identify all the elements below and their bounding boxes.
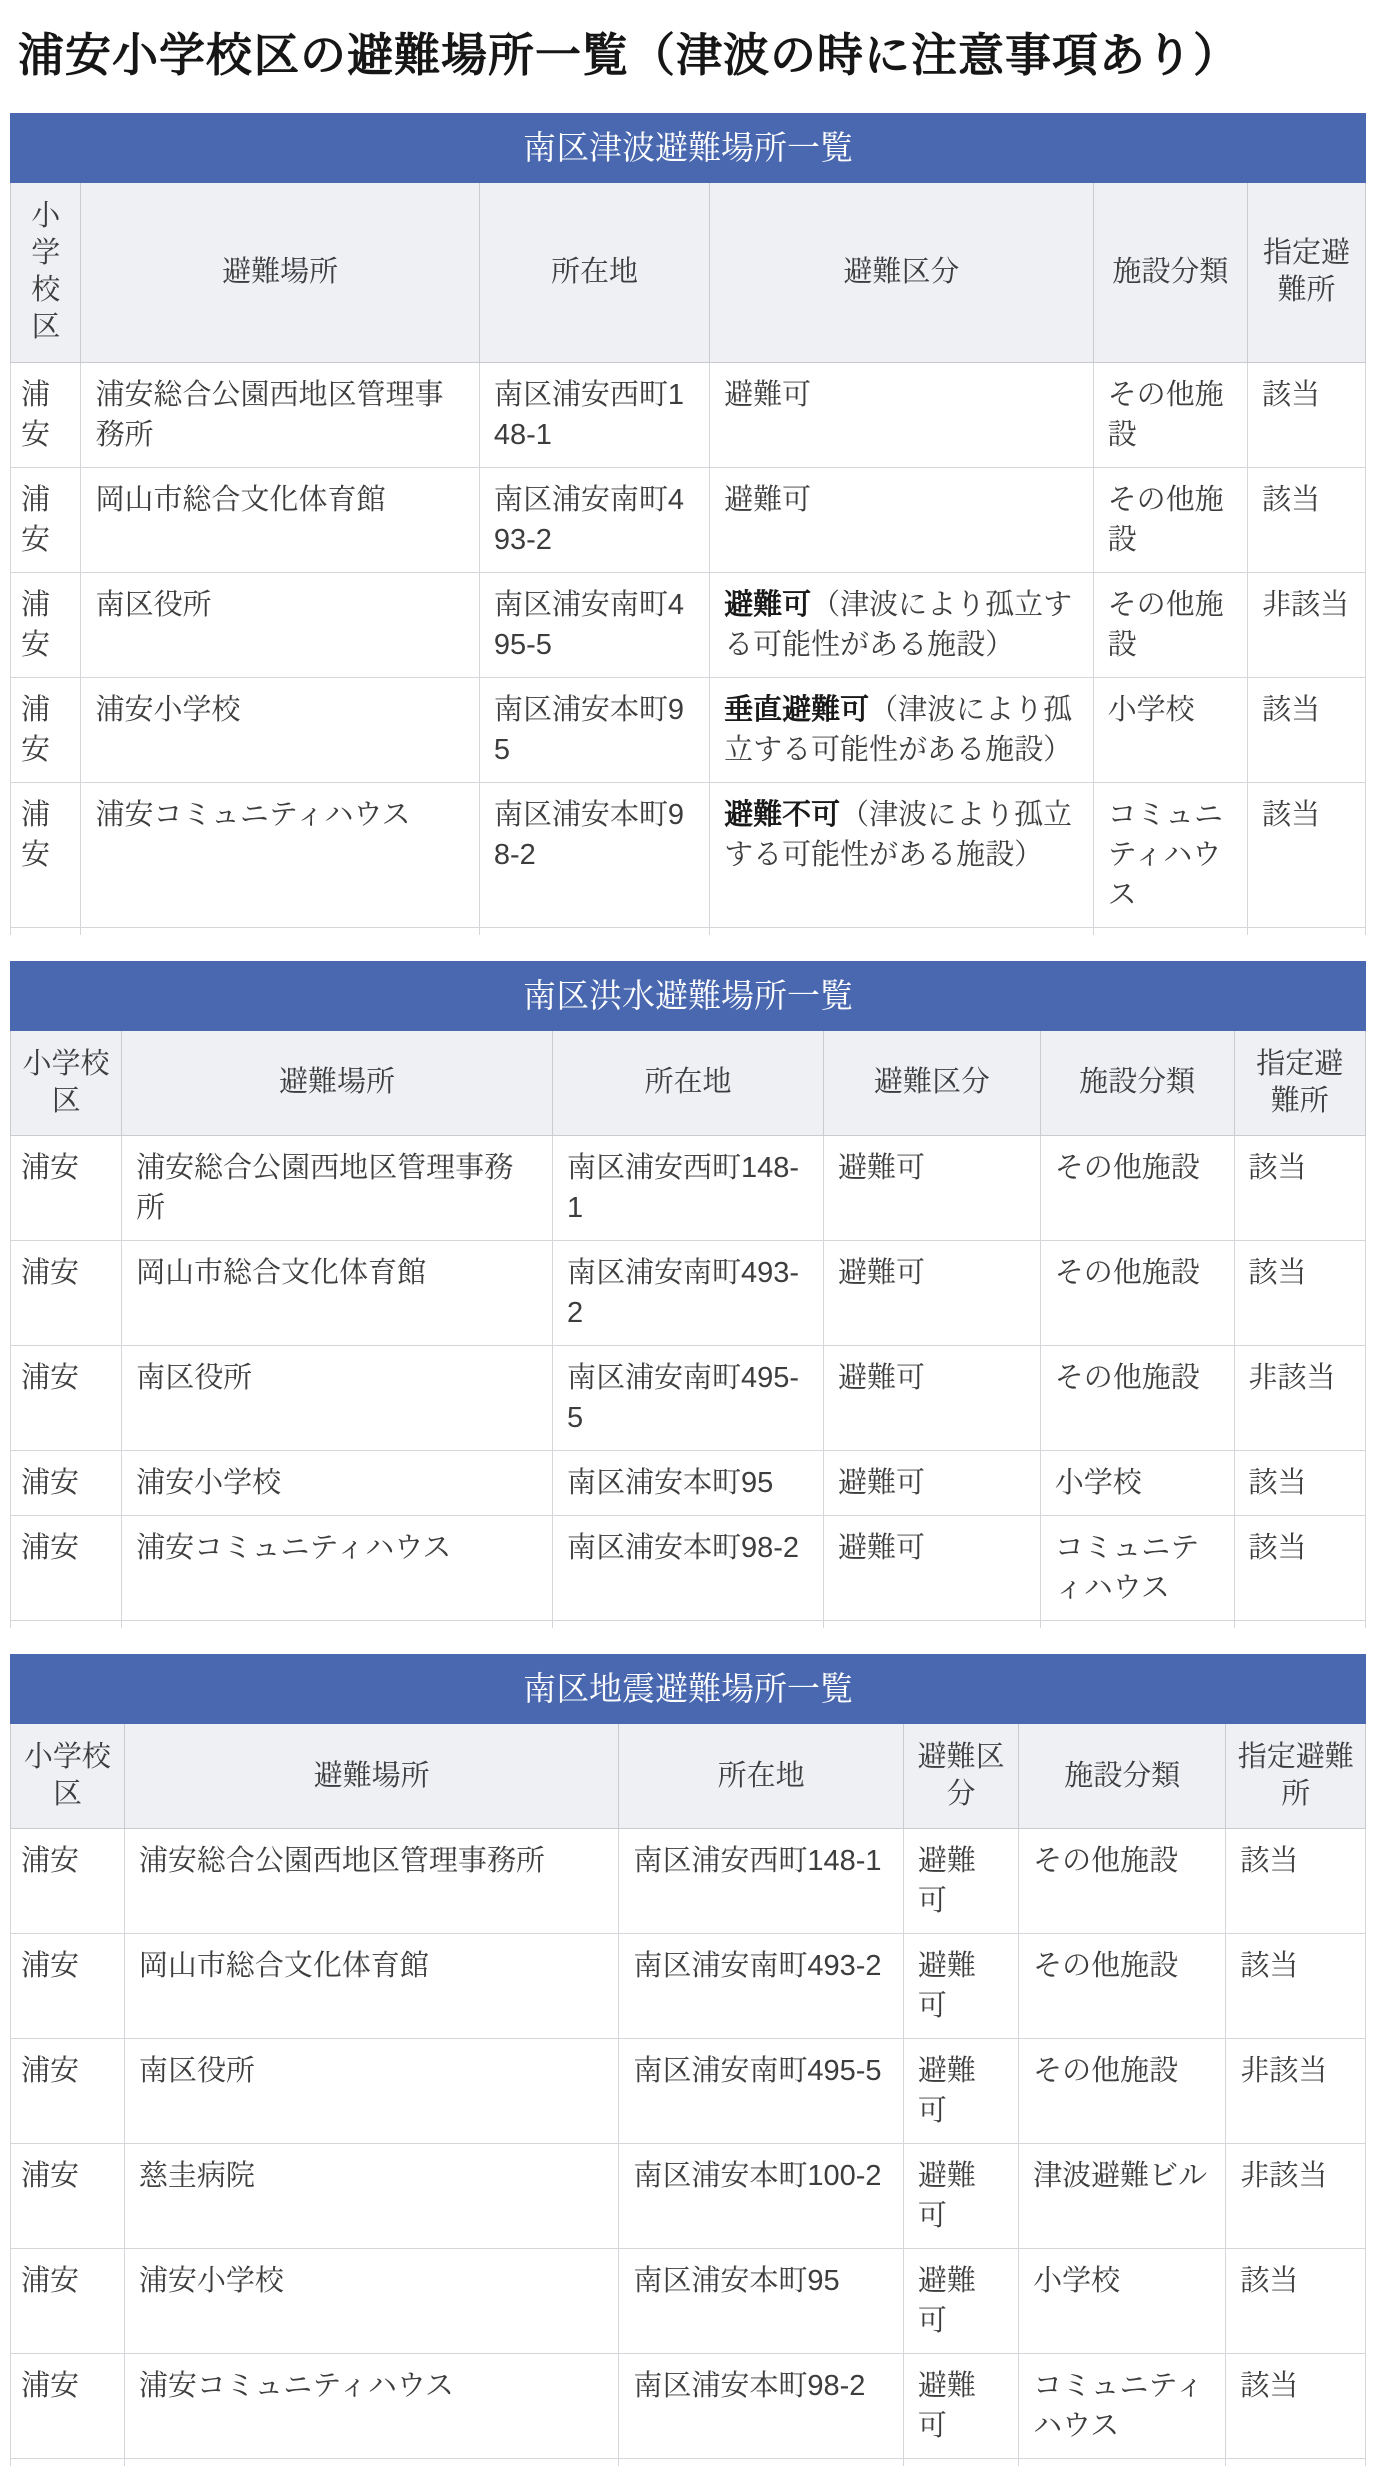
school-district-cell: 浦安 [11, 1240, 122, 1345]
evacuation-category-text: 避難可 [838, 1257, 925, 1289]
shelter-row: 浦安南区役所南区浦安南町495-5避難可その他施設非該当 [11, 2039, 1366, 2144]
school-district-cell: 浦安 [11, 2039, 125, 2144]
shelter-name-cell: 岡山市総合文化体育館 [122, 1240, 553, 1345]
clipped-cell [710, 927, 1093, 935]
column-header: 施設分類 [1019, 1724, 1226, 1829]
column-header: 避難区分 [823, 1031, 1040, 1136]
address-cell: 南区浦安西町148-1 [619, 1829, 904, 1934]
clipped-partial-row [11, 2459, 1366, 2466]
clipped-cell [1226, 2459, 1366, 2466]
facility-type-cell: 小学校 [1040, 1450, 1234, 1515]
facility-type-cell: その他施設 [1093, 467, 1247, 572]
designated-shelter-cell: 該当 [1226, 2249, 1366, 2354]
shelter-row: 浦安浦安コミュニティハウス南区浦安本町98-2避難可コミュニティハウス該当 [11, 1516, 1366, 1621]
column-header: 指定避難所 [1248, 183, 1366, 362]
evacuation-category-text: 避難可 [724, 379, 811, 411]
column-header: 避難区分 [710, 183, 1093, 362]
column-header: 小学校区 [11, 1724, 125, 1829]
designated-shelter-cell: 非該当 [1226, 2144, 1366, 2249]
shelter-name-cell: 浦安総合公園西地区管理事務所 [122, 1135, 553, 1240]
shelter-name-cell: 浦安総合公園西地区管理事務所 [124, 1829, 619, 1934]
shelter-row: 浦安岡山市総合文化体育館南区浦安南町493-2避難可その他施設該当 [11, 1240, 1366, 1345]
facility-type-cell: コミュニティハウス [1040, 1516, 1234, 1621]
designated-shelter-cell: 該当 [1226, 1829, 1366, 1934]
clipped-cell [552, 1621, 823, 1629]
page-title: 浦安小学校区の避難場所一覧（津波の時に注意事項あり） [18, 28, 1360, 83]
header-row: 小学校区避難場所所在地避難区分施設分類指定避難所 [11, 183, 1366, 362]
address-cell: 南区浦安南町493-2 [619, 1934, 904, 2039]
clipped-partial-row [11, 1621, 1366, 1629]
shelter-name-cell: 浦安総合公園西地区管理事務所 [81, 362, 479, 467]
facility-type-cell: 小学校 [1019, 2249, 1226, 2354]
evacuation-category-text: 避難可 [724, 484, 811, 516]
designated-shelter-cell: 非該当 [1234, 1345, 1365, 1450]
school-district-cell: 浦安 [11, 1934, 125, 2039]
column-header: 所在地 [552, 1031, 823, 1136]
clipped-cell [11, 2459, 125, 2466]
shelter-name-cell: 南区役所 [122, 1345, 553, 1450]
evacuation-category-cell: 避難可 [903, 2249, 1018, 2354]
address-cell: 南区浦安南町495-5 [479, 572, 709, 677]
designated-shelter-cell: 非該当 [1226, 2039, 1366, 2144]
designated-shelter-cell: 該当 [1248, 467, 1366, 572]
evacuation-category-text: 避難可 [918, 2160, 976, 2232]
shelter-name-cell: 岡山市総合文化体育館 [124, 1934, 619, 2039]
shelter-row: 浦安浦安総合公園西地区管理事務所南区浦安西町148-1避難可その他施設該当 [11, 1829, 1366, 1934]
column-header: 指定避難所 [1234, 1031, 1365, 1136]
evacuation-category-cell: 避難不可（津波により孤立する可能性がある施設） [710, 782, 1093, 927]
shelter-name-cell: 浦安小学校 [122, 1450, 553, 1515]
shelter-row: 浦安慈圭病院南区浦安本町100-2避難可津波避難ビル非該当 [11, 2144, 1366, 2249]
school-district-cell: 浦安 [11, 2144, 125, 2249]
designated-shelter-cell: 該当 [1248, 362, 1366, 467]
clipped-cell [479, 927, 709, 935]
facility-type-cell: その他施設 [1019, 1829, 1226, 1934]
shelter-row: 浦安浦安小学校南区浦安本町95避難可小学校該当 [11, 2249, 1366, 2354]
column-header: 小学校区 [11, 1031, 122, 1136]
evacuation-category-text: 避難可 [838, 1467, 925, 1499]
evacuation-category-text: 避難可 [838, 1152, 925, 1184]
evacuation-category-cell: 避難可 [823, 1450, 1040, 1515]
evacuation-category-cell: 垂直避難可（津波により孤立する可能性がある施設） [710, 677, 1093, 782]
evacuation-category-text: 避難可 [838, 1362, 925, 1394]
facility-type-cell: その他施設 [1019, 1934, 1226, 2039]
evacuation-category-emphasis: 垂直避難可 [724, 694, 869, 726]
header-row: 小学校区避難場所所在地避難区分施設分類指定避難所 [11, 1724, 1366, 1829]
school-district-cell: 浦安 [11, 782, 81, 927]
column-header: 指定避難所 [1226, 1724, 1366, 1829]
clipped-cell [1019, 2459, 1226, 2466]
designated-shelter-cell: 該当 [1234, 1516, 1365, 1621]
facility-type-cell: その他施設 [1040, 1345, 1234, 1450]
school-district-cell: 浦安 [11, 1135, 122, 1240]
evacuation-category-emphasis: 避難不可 [724, 799, 840, 831]
shelter-row: 浦安浦安小学校南区浦安本町95避難可小学校該当 [11, 1450, 1366, 1515]
clipped-cell [1040, 1621, 1234, 1629]
table-title-earthquake: 南区地震避難場所一覧 [10, 1654, 1366, 1724]
clipped-cell [1234, 1621, 1365, 1629]
evacuation-category-cell: 避難可 [823, 1135, 1040, 1240]
clipped-cell [823, 1621, 1040, 1629]
school-district-cell: 浦安 [11, 1829, 125, 1934]
clipped-cell [122, 1621, 553, 1629]
address-cell: 南区浦安本町98-2 [479, 782, 709, 927]
address-cell: 南区浦安本町98-2 [619, 2354, 904, 2459]
shelter-row: 浦安浦安小学校南区浦安本町95垂直避難可（津波により孤立する可能性がある施設）小… [11, 677, 1366, 782]
school-district-cell: 浦安 [11, 1345, 122, 1450]
clipped-cell [1248, 927, 1366, 935]
designated-shelter-cell: 該当 [1226, 1934, 1366, 2039]
facility-type-cell: コミュニティハウス [1093, 782, 1247, 927]
evacuation-category-cell: 避難可 [823, 1516, 1040, 1621]
evacuation-category-cell: 避難可 [823, 1240, 1040, 1345]
column-header: 避難区分 [903, 1724, 1018, 1829]
flood-table-section: 南区洪水避難場所一覧 小学校区避難場所所在地避難区分施設分類指定避難所 浦安浦安… [10, 961, 1366, 1628]
facility-type-cell: その他施設 [1019, 2039, 1226, 2144]
clipped-cell [81, 927, 479, 935]
facility-type-cell: その他施設 [1093, 362, 1247, 467]
header-row: 小学校区避難場所所在地避難区分施設分類指定避難所 [11, 1031, 1366, 1136]
shelter-row: 浦安岡山市総合文化体育館南区浦安南町493-2避難可その他施設該当 [11, 1934, 1366, 2039]
shelter-row: 浦安岡山市総合文化体育館南区浦安南町493-2避難可その他施設該当 [11, 467, 1366, 572]
facility-type-cell: 小学校 [1093, 677, 1247, 782]
designated-shelter-cell: 該当 [1234, 1450, 1365, 1515]
evacuation-category-text: 避難可 [838, 1532, 925, 1564]
shelter-name-cell: 南区役所 [81, 572, 479, 677]
address-cell: 南区浦安西町148-1 [552, 1135, 823, 1240]
tsunami-shelter-table: 小学校区避難場所所在地避難区分施設分類指定避難所 浦安浦安総合公園西地区管理事務… [10, 183, 1366, 935]
facility-type-cell: その他施設 [1040, 1240, 1234, 1345]
clipped-cell [619, 2459, 904, 2466]
designated-shelter-cell: 非該当 [1248, 572, 1366, 677]
evacuation-category-cell: 避難可 [823, 1345, 1040, 1450]
address-cell: 南区浦安南町493-2 [552, 1240, 823, 1345]
evacuation-category-cell: 避難可（津波により孤立する可能性がある施設） [710, 572, 1093, 677]
evacuation-category-cell: 避難可 [903, 2144, 1018, 2249]
facility-type-cell: コミュニティハウス [1019, 2354, 1226, 2459]
tsunami-table-section: 南区津波避難場所一覧 小学校区避難場所所在地避難区分施設分類指定避難所 浦安浦安… [10, 113, 1366, 935]
school-district-cell: 浦安 [11, 2249, 125, 2354]
clipped-cell [11, 927, 81, 935]
address-cell: 南区浦安本町95 [619, 2249, 904, 2354]
column-header: 避難場所 [124, 1724, 619, 1829]
address-cell: 南区浦安本町100-2 [619, 2144, 904, 2249]
clipped-partial-row [11, 927, 1366, 935]
school-district-cell: 浦安 [11, 677, 81, 782]
designated-shelter-cell: 該当 [1234, 1240, 1365, 1345]
evacuation-category-cell: 避難可 [903, 1829, 1018, 1934]
column-header: 施設分類 [1093, 183, 1247, 362]
shelter-name-cell: 浦安小学校 [124, 2249, 619, 2354]
address-cell: 南区浦安西町148-1 [479, 362, 709, 467]
shelter-name-cell: 浦安コミュニティハウス [81, 782, 479, 927]
evacuation-category-cell: 避難可 [903, 1934, 1018, 2039]
shelter-row: 浦安浦安総合公園西地区管理事務所南区浦安西町148-1避難可その他施設該当 [11, 362, 1366, 467]
shelter-name-cell: 岡山市総合文化体育館 [81, 467, 479, 572]
column-header: 施設分類 [1040, 1031, 1234, 1136]
designated-shelter-cell: 該当 [1248, 677, 1366, 782]
earthquake-shelter-table: 小学校区避難場所所在地避難区分施設分類指定避難所 浦安浦安総合公園西地区管理事務… [10, 1724, 1366, 2466]
evacuation-category-cell: 避難可 [903, 2039, 1018, 2144]
school-district-cell: 浦安 [11, 1450, 122, 1515]
shelter-row: 浦安浦安コミュニティハウス南区浦安本町98-2避難不可（津波により孤立する可能性… [11, 782, 1366, 927]
flood-shelter-table: 小学校区避難場所所在地避難区分施設分類指定避難所 浦安浦安総合公園西地区管理事務… [10, 1031, 1366, 1628]
school-district-cell: 浦安 [11, 1516, 122, 1621]
shelter-row: 浦安浦安総合公園西地区管理事務所南区浦安西町148-1避難可その他施設該当 [11, 1135, 1366, 1240]
evacuation-category-cell: 避難可 [903, 2354, 1018, 2459]
clipped-cell [11, 1621, 122, 1629]
shelter-name-cell: 浦安小学校 [81, 677, 479, 782]
school-district-cell: 浦安 [11, 362, 81, 467]
designated-shelter-cell: 該当 [1226, 2354, 1366, 2459]
facility-type-cell: その他施設 [1093, 572, 1247, 677]
earthquake-table-section: 南区地震避難場所一覧 小学校区避難場所所在地避難区分施設分類指定避難所 浦安浦安… [10, 1654, 1366, 2466]
school-district-cell: 浦安 [11, 467, 81, 572]
address-cell: 南区浦安南町495-5 [552, 1345, 823, 1450]
column-header: 避難場所 [81, 183, 479, 362]
shelter-name-cell: 浦安コミュニティハウス [122, 1516, 553, 1621]
facility-type-cell: 津波避難ビル [1019, 2144, 1226, 2249]
column-header: 所在地 [479, 183, 709, 362]
evacuation-category-cell: 避難可 [710, 467, 1093, 572]
address-cell: 南区浦安本町95 [552, 1450, 823, 1515]
page: { "page": { "title": "浦安小学校区の避難場所一覧（津波の時… [0, 28, 1376, 2466]
table-title-flood: 南区洪水避難場所一覧 [10, 961, 1366, 1031]
evacuation-category-emphasis: 避難可 [724, 589, 811, 621]
address-cell: 南区浦安南町495-5 [619, 2039, 904, 2144]
facility-type-cell: その他施設 [1040, 1135, 1234, 1240]
shelter-name-cell: 浦安コミュニティハウス [124, 2354, 619, 2459]
evacuation-category-text: 避難可 [918, 2055, 976, 2127]
address-cell: 南区浦安本町98-2 [552, 1516, 823, 1621]
clipped-cell [1093, 927, 1247, 935]
evacuation-category-text: 避難可 [918, 2370, 976, 2442]
evacuation-category-text: 避難可 [918, 1845, 976, 1917]
column-header: 小学校区 [11, 183, 81, 362]
evacuation-category-text: 避難可 [918, 1950, 976, 2022]
school-district-cell: 浦安 [11, 572, 81, 677]
shelter-name-cell: 南区役所 [124, 2039, 619, 2144]
shelter-row: 浦安浦安コミュニティハウス南区浦安本町98-2避難可コミュニティハウス該当 [11, 2354, 1366, 2459]
evacuation-category-text: 避難可 [918, 2265, 976, 2337]
evacuation-category-cell: 避難可 [710, 362, 1093, 467]
school-district-cell: 浦安 [11, 2354, 125, 2459]
column-header: 避難場所 [122, 1031, 553, 1136]
designated-shelter-cell: 該当 [1248, 782, 1366, 927]
address-cell: 南区浦安南町493-2 [479, 467, 709, 572]
clipped-cell [124, 2459, 619, 2466]
table-title-tsunami: 南区津波避難場所一覧 [10, 113, 1366, 183]
shelter-row: 浦安南区役所南区浦安南町495-5避難可その他施設非該当 [11, 1345, 1366, 1450]
address-cell: 南区浦安本町95 [479, 677, 709, 782]
shelter-name-cell: 慈圭病院 [124, 2144, 619, 2249]
designated-shelter-cell: 該当 [1234, 1135, 1365, 1240]
clipped-cell [903, 2459, 1018, 2466]
column-header: 所在地 [619, 1724, 904, 1829]
shelter-row: 浦安南区役所南区浦安南町495-5避難可（津波により孤立する可能性がある施設）そ… [11, 572, 1366, 677]
